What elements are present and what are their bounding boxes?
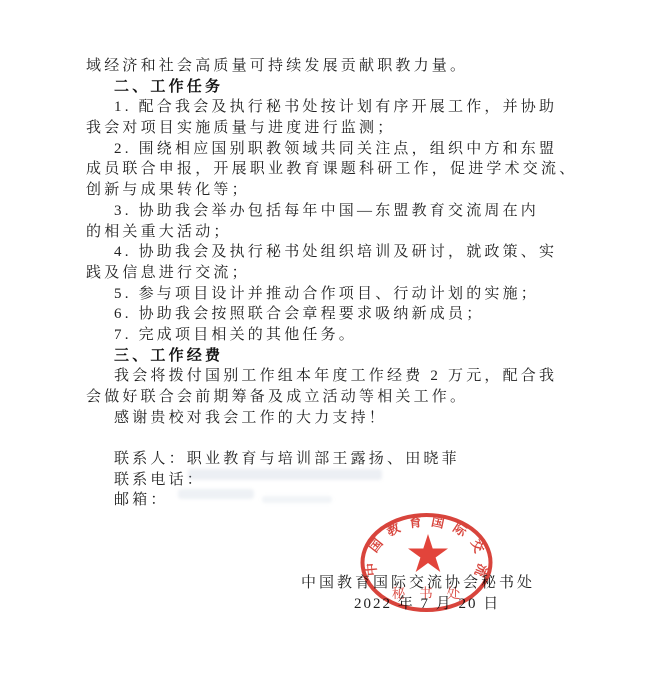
text-line: 创新与成果转化等； [86,180,586,201]
section-heading: 二、工作任务 [86,77,586,98]
signature-date: 2022 年 7 月 20 日 [354,592,500,613]
text-line: 我会将拨付国别工作组本年度工作经费 2 万元，配合我 [86,366,586,387]
text-line: 6. 协助我会按照联合会章程要求吸纳新成员； [86,304,586,325]
text-line: 邮箱： [86,490,586,511]
text-line: 联系人：职业教育与培训部王露扬、田晓菲 [86,449,586,470]
signature-org: 中国教育国际交流协会秘书处 [301,571,535,592]
text-line: 践及信息进行交流； [86,263,586,284]
star-icon [408,534,448,572]
text-line: 域经济和社会高质量可持续发展贡献职教力量。 [86,56,586,77]
redacted-phone-value [188,469,382,480]
text-line: 会做好联合会前期筹备及成立活动等相关工作。 [86,387,586,408]
section-heading: 三、工作经费 [86,346,586,367]
text-line: 5. 参与项目设计并推动合作项目、行动计划的实施； [86,284,586,305]
text-line: 1. 配合我会及执行秘书处按计划有序开展工作，并协助 [86,97,586,118]
document-body: 域经济和社会高质量可持续发展贡献职教力量。二、工作任务1. 配合我会及执行秘书处… [86,56,586,511]
text-line: 我会对项目实施质量与进度进行监测； [86,118,586,139]
text-line: 2. 围绕相应国别职教领域共同关注点，组织中方和东盟 [86,139,586,160]
text-line: 7. 完成项目相关的其他任务。 [86,325,586,346]
redacted-email-value [178,489,254,499]
text-line: 3. 协助我会举办包括每年中国—东盟教育交流周在内 [86,201,586,222]
text-line: 4. 协助我会及执行秘书处组织培训及研讨，就政策、实 [86,242,586,263]
document-page: 域经济和社会高质量可持续发展贡献职教力量。二、工作任务1. 配合我会及执行秘书处… [0,0,655,676]
redacted-email-value-trace [262,496,332,503]
text-line: 成员联合申报，开展职业教育课题科研工作，促进学术交流、 [86,159,586,180]
text-line: 的相关重大活动； [86,222,586,243]
text-line: 感谢贵校对我会工作的大力支持！ [86,408,586,429]
text-line [86,428,586,449]
